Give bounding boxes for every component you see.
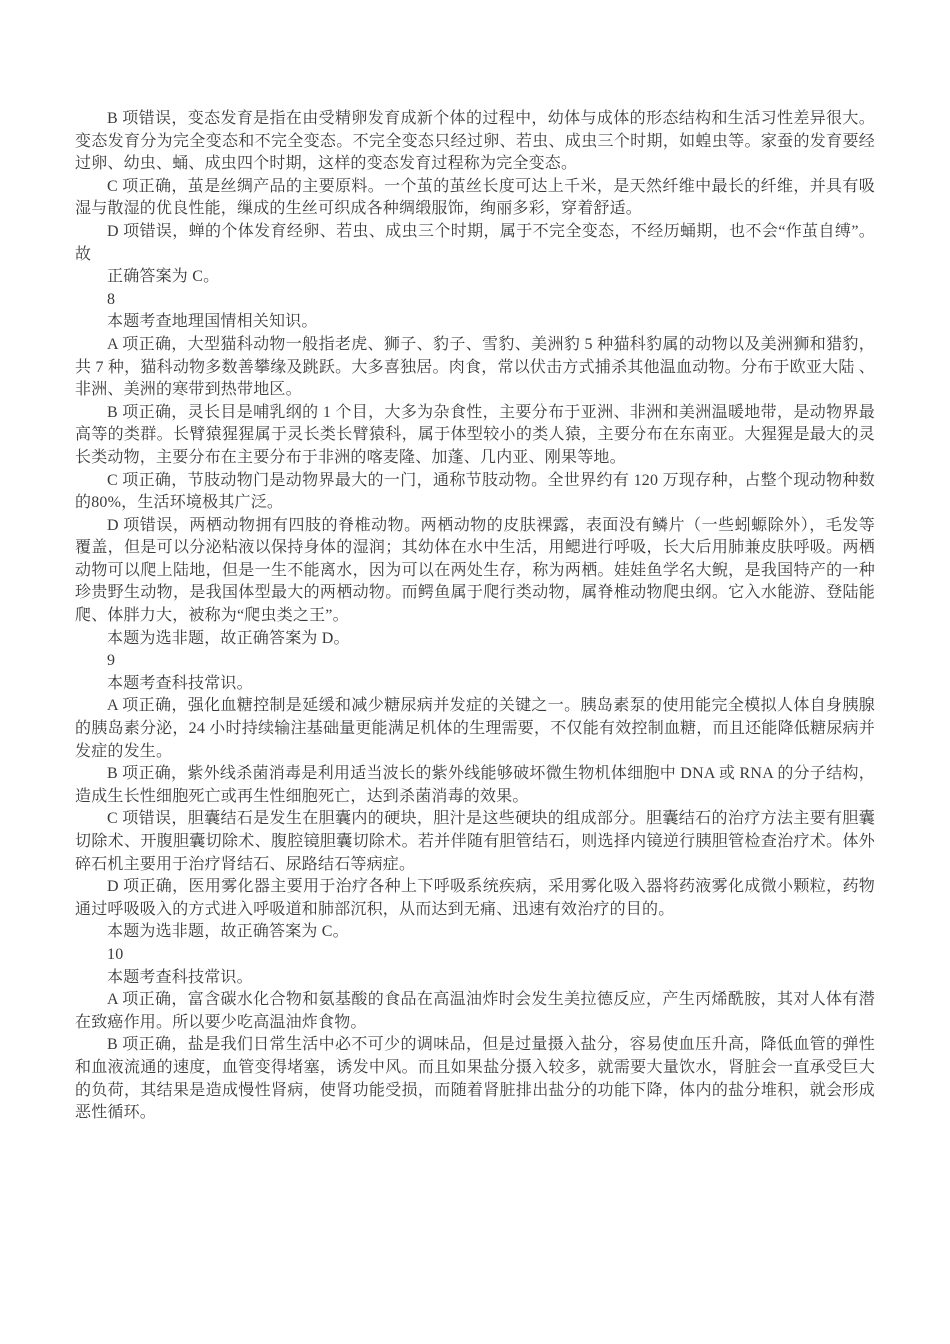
paragraph: D 项错误，两栖动物拥有四肢的脊椎动物。两栖动物的皮肤裸露，表面没有鳞片（一些蚓…	[75, 515, 875, 628]
paragraph: 本题为选非题，故正确答案为 D。	[75, 628, 875, 651]
paragraph: 8	[75, 289, 875, 312]
paragraph: B 项正确，灵长目是哺乳纲的 1 个目，大多为杂食性，主要分布于亚洲、非洲和美洲…	[75, 402, 875, 470]
paragraph: C 项错误，胆囊结石是发生在胆囊内的硬块，胆汁是这些硬块的组成部分。胆囊结石的治…	[75, 808, 875, 876]
paragraph: 本题考查地理国情相关知识。	[75, 311, 875, 334]
paragraph: C 项正确，茧是丝绸产品的主要原料。一个茧的茧丝长度可达上千米，是天然纤维中最长…	[75, 176, 875, 221]
paragraph: D 项正确，医用雾化器主要用于治疗各种上下呼吸系统疾病，采用雾化吸入器将药液雾化…	[75, 876, 875, 921]
paragraph: 本题为选非题，故正确答案为 C。	[75, 921, 875, 944]
paragraph: A 项正确，大型猫科动物一般指老虎、狮子、豹子、雪豹、美洲豹 5 种猫科豹属的动…	[75, 334, 875, 402]
paragraph: C 项正确，节肢动物门是动物界最大的一门，通称节肢动物。全世界约有 120 万现…	[75, 470, 875, 515]
paragraph: B 项正确，紫外线杀菌消毒是利用适当波长的紫外线能够破坏微生物机体细胞中 DNA…	[75, 763, 875, 808]
paragraph: 本题考查科技常识。	[75, 673, 875, 696]
paragraph: 正确答案为 C。	[75, 266, 875, 289]
paragraph: B 项错误，变态发育是指在由受精卵发育成新个体的过程中，幼体与成体的形态结构和生…	[75, 108, 875, 176]
paragraph: 10	[75, 944, 875, 967]
paragraph: D 项错误，蝉的个体发育经卵、若虫、成虫三个时期，属于不完全变态，不经历蛹期，也…	[75, 221, 875, 266]
paragraph: A 项正确，富含碳水化合物和氨基酸的食品在高温油炸时会发生美拉德反应，产生丙烯酰…	[75, 989, 875, 1034]
paragraph: 9	[75, 650, 875, 673]
paragraph: B 项正确，盐是我们日常生活中必不可少的调味品，但是过量摄入盐分，容易使血压升高…	[75, 1034, 875, 1124]
paragraph: A 项正确，强化血糖控制是延缓和减少糖尿病并发症的关键之一。胰岛素泵的使用能完全…	[75, 695, 875, 763]
document-page: B 项错误，变态发育是指在由受精卵发育成新个体的过程中，幼体与成体的形态结构和生…	[0, 0, 950, 1344]
paragraph: 本题考查科技常识。	[75, 967, 875, 990]
document-body: B 项错误，变态发育是指在由受精卵发育成新个体的过程中，幼体与成体的形态结构和生…	[75, 108, 875, 1125]
